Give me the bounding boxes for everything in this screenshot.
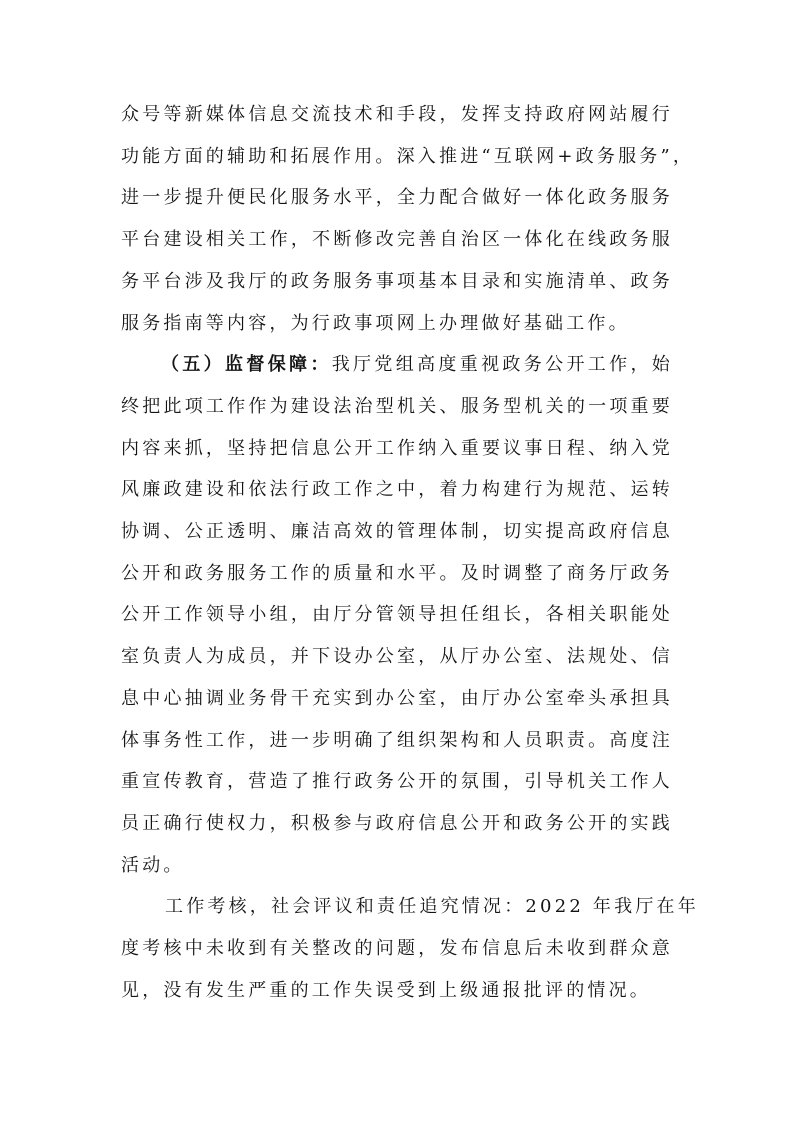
text-line: 见，没有发生严重的工作失误受到上级通报批评的情况。 xyxy=(121,970,673,1012)
document-page: 众号等新媒体信息交流技术和手段，发挥支持政府网站履行 功能方面的辅助和拓展作用。… xyxy=(121,94,673,1011)
text-line: 公开和政务服务工作的质量和水平。及时调整了商务厅政务 xyxy=(121,553,673,595)
heading-followup-text: 我厅党组高度重视政务公开工作，始 xyxy=(332,354,673,375)
text-line: 体事务性工作，进一步明确了组织架构和人员职责。高度注 xyxy=(121,720,673,762)
paragraph-supervision-guarantee: （五）监督保障：我厅党组高度重视政务公开工作，始 终把此项工作作为建设法治型机关… xyxy=(121,344,673,886)
text-line: 公开工作领导小组，由厅分管领导担任组长，各相关职能处 xyxy=(121,594,673,636)
text-line: 内容来抓，坚持把信息公开工作纳入重要议事日程、纳入党 xyxy=(121,428,673,470)
text-line-first: 工作考核，社会评议和责任追究情况：2022 年我厅在年 xyxy=(121,886,673,928)
text-line: 进一步提升便民化服务水平，全力配合做好一体化政务服务 xyxy=(121,177,673,219)
text-line: 终把此项工作作为建设法治型机关、服务型机关的一项重要 xyxy=(121,386,673,428)
paragraph-new-media-services: 众号等新媒体信息交流技术和手段，发挥支持政府网站履行 功能方面的辅助和拓展作用。… xyxy=(121,94,673,344)
text-line: 务平台涉及我厅的政务服务事项基本目录和实施清单、政务 xyxy=(121,261,673,303)
text-line: 风廉政建设和依法行政工作之中，着力构建行为规范、运转 xyxy=(121,469,673,511)
text-line: 众号等新媒体信息交流技术和手段，发挥支持政府网站履行 xyxy=(121,94,673,136)
text-line: 室负责人为成员，并下设办公室，从厅办公室、法规处、信 xyxy=(121,636,673,678)
text-line: 平台建设相关工作，不断修改完善自治区一体化在线政务服 xyxy=(121,219,673,261)
text-line-first: （五）监督保障：我厅党组高度重视政务公开工作，始 xyxy=(121,344,673,386)
section-heading: （五）监督保障： xyxy=(161,354,332,375)
paragraph-work-assessment: 工作考核，社会评议和责任追究情况：2022 年我厅在年 度考核中未收到有关整改的… xyxy=(121,886,673,1011)
text-line: 员正确行使权力，积极参与政府信息公开和政务公开的实践 xyxy=(121,803,673,845)
text-line: 息中心抽调业务骨干充实到办公室，由厅办公室牵头承担具 xyxy=(121,678,673,720)
text-line: 协调、公正透明、廉洁高效的管理体制，切实提高政府信息 xyxy=(121,511,673,553)
text-line: 活动。 xyxy=(121,845,673,887)
text-line: 功能方面的辅助和拓展作用。深入推进“互联网+政务服务”， xyxy=(121,136,673,178)
text-line: 重宣传教育，营造了推行政务公开的氛围，引导机关工作人 xyxy=(121,761,673,803)
text-line: 服务指南等内容，为行政事项网上办理做好基础工作。 xyxy=(121,303,673,345)
text-line: 度考核中未收到有关整改的问题，发布信息后未收到群众意 xyxy=(121,928,673,970)
